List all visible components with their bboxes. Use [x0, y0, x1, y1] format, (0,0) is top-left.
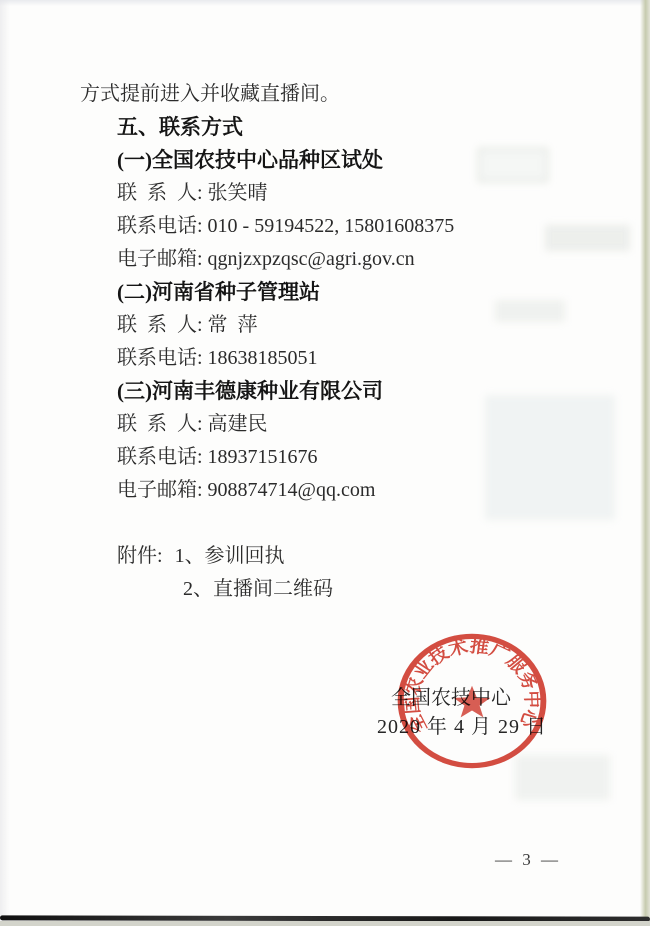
contact-row: 电子邮箱: 908874714@qq.com	[80, 474, 612, 507]
paragraph-continuation: 方式提前进入并收藏直播间。	[80, 78, 612, 111]
scan-edge-bottom-strip	[0, 921, 650, 926]
scan-edge-right	[640, 0, 650, 926]
contact-row: 电子邮箱: qgnjzxpzqsc@agri.gov.cn	[80, 243, 612, 276]
contact-row: 联 系 人: 张笑晴	[80, 177, 612, 210]
contact-row: 联 系 人: 高建民	[80, 408, 612, 441]
contact-group-3-heading: (三)河南丰德康种业有限公司	[80, 375, 612, 408]
scan-edge-top	[0, 0, 650, 6]
attachments-line-2: 2、直播间二维码	[80, 573, 612, 606]
contact-group-1-heading: (一)全国农技中心品种区试处	[80, 144, 612, 177]
scanned-document-page: 方式提前进入并收藏直播间。 五、联系方式 (一)全国农技中心品种区试处 联 系 …	[0, 0, 650, 926]
seal-ring-text: 全国农业技术推广服务中心	[401, 636, 544, 736]
official-seal: 全国农业技术推广服务中心	[388, 625, 556, 777]
contact-group-2-heading: (二)河南省种子管理站	[80, 276, 612, 309]
attachments-label: 附件:	[117, 545, 163, 567]
page-number: — 3 —	[495, 850, 561, 870]
contact-row: 联系电话: 18937151676	[80, 441, 612, 474]
scan-edge-left	[0, 0, 10, 926]
attachment-item-1: 1、参训回执	[175, 545, 285, 567]
contact-row: 联 系 人: 常 萍	[80, 309, 612, 342]
section-heading: 五、联系方式	[80, 111, 612, 144]
blank-line	[80, 507, 612, 540]
svg-text:全国农业技术推广服务中心: 全国农业技术推广服务中心	[401, 636, 544, 736]
contact-row: 联系电话: 18638185051	[80, 342, 612, 375]
attachments-line-1: 附件:1、参训回执	[80, 540, 612, 573]
seal-star	[454, 686, 491, 718]
contact-row: 联系电话: 010 - 59194522, 15801608375	[80, 210, 612, 243]
attachment-item-2: 2、直播间二维码	[183, 578, 333, 600]
document-text-block: 方式提前进入并收藏直播间。 五、联系方式 (一)全国农技中心品种区试处 联 系 …	[80, 78, 612, 606]
